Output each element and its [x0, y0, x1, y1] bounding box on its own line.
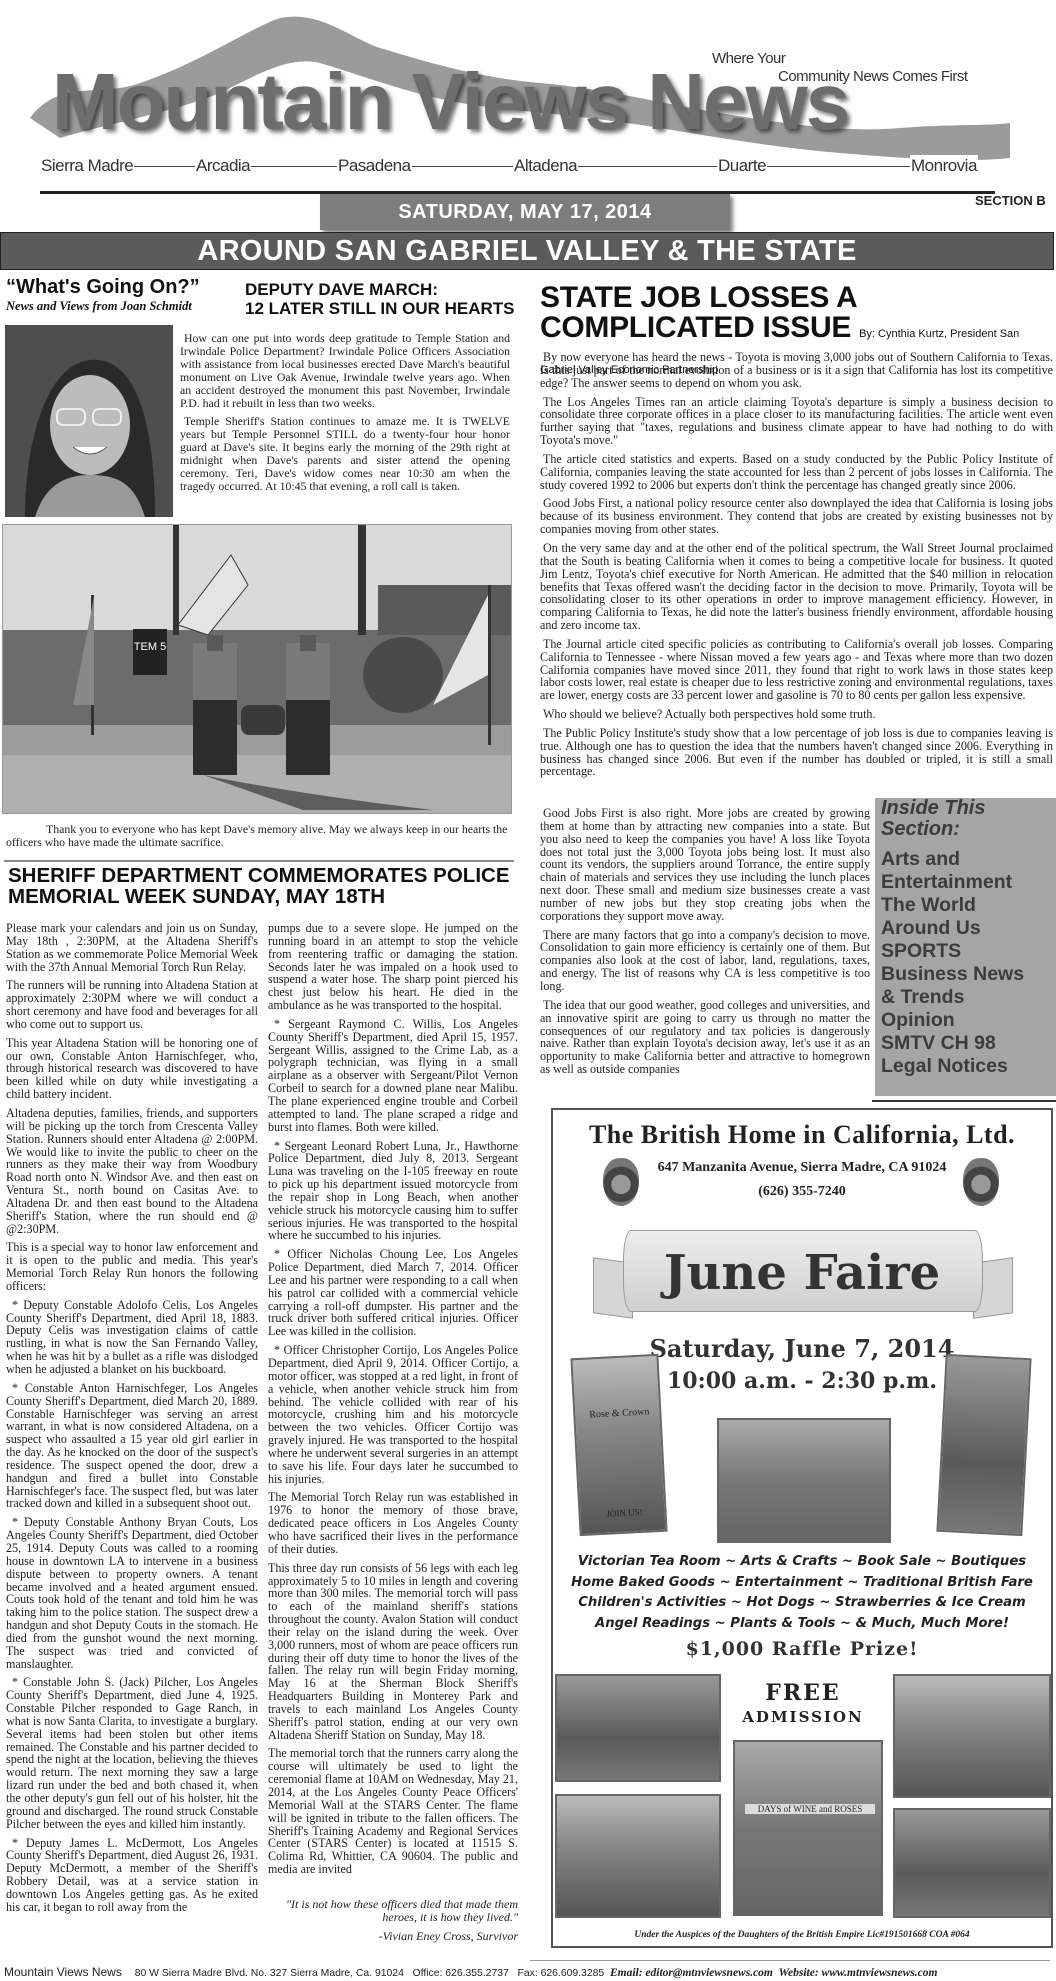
- city-list: Sierra Madre Arcadia Pasadena Altadena D…: [40, 155, 995, 177]
- section-item-smtv: SMTV CH 98: [881, 1032, 1050, 1055]
- memorial-scene-illustration: TEM 5: [3, 525, 512, 814]
- ad-organization: The British Home in California, Ltd.: [553, 1120, 1051, 1150]
- footer-fax: Fax: 626.609.3285: [518, 1968, 605, 1979]
- section-item-world: The World: [881, 894, 1050, 917]
- column-subheading: News and Views from Joan Schmidt: [6, 299, 192, 314]
- section-item-business: & Trends: [881, 986, 1050, 1009]
- article-headline: SHERIFF DEPARTMENT COMMEMORATES POLICE M…: [8, 865, 528, 907]
- raffle-prize: $1,000 Raffle Prize!: [553, 1638, 1051, 1660]
- paragraph: How can one put into words deep gratitud…: [180, 332, 510, 409]
- paragraph: Good Jobs First is also right. More jobs…: [540, 807, 870, 923]
- tagline: Community News Comes First: [778, 68, 968, 85]
- inside-this-section-box: Inside This Section: Arts and Entertainm…: [875, 798, 1056, 1096]
- attraction-line: Angel Readings ~ Plants & Tools ~ & Much…: [553, 1614, 1051, 1635]
- paragraph: On the very same day and at the other en…: [540, 542, 1053, 632]
- article-body: How can one put into words deep gratitud…: [180, 332, 510, 499]
- ad-photo-dancers: [717, 1418, 891, 1543]
- officer-entry: * Constable John S. (Jack) Pilcher, Los …: [6, 1676, 258, 1830]
- author-photo: [5, 325, 173, 517]
- issue-date: SATURDAY, MAY 17, 2014: [320, 194, 730, 230]
- ad-photo-wine-booth: DAYS of WINE and ROSES: [733, 1740, 883, 1916]
- city-label: Sierra Madre: [40, 155, 134, 177]
- officer-entry: * Sergeant Leonard Robert Luna, Jr., Haw…: [268, 1140, 518, 1243]
- officer-entry: * Officer Christopher Cortijo, Los Angel…: [268, 1344, 518, 1485]
- paragraph: pumps due to a severe slope. He jumped o…: [268, 922, 518, 1012]
- footer-brand: Mountain Views News: [4, 1965, 122, 1979]
- ad-footer: Under the Auspices of the Daughters of t…: [553, 1930, 1051, 1940]
- june-faire-advertisement: The British Home in California, Ltd. 647…: [551, 1108, 1053, 1948]
- paragraph: Who should we believe? Actually both per…: [540, 708, 1053, 721]
- attractions-list: Victorian Tea Room ~ Arts & Crafts ~ Boo…: [553, 1552, 1051, 1634]
- attraction-line: Victorian Tea Room ~ Arts & Crafts ~ Boo…: [553, 1552, 1051, 1573]
- section-item-opinion: Opinion: [881, 1009, 1050, 1032]
- portrait-illustration: [5, 325, 173, 517]
- heading-line: Inside This: [881, 798, 1050, 819]
- paragraph: This year Altadena Station will be honor…: [6, 1037, 258, 1101]
- photo-sign-text: JOIN US!: [590, 1506, 658, 1520]
- section-item-arts: Entertainment: [881, 871, 1050, 894]
- headline-text: STATE JOB LOSSES A COMPLICATED ISSUE: [540, 281, 856, 344]
- paragraph: This three day run consists of 56 legs w…: [268, 1562, 518, 1742]
- event-name: June Faire: [553, 1245, 1051, 1301]
- attraction-line: Children's Activities ~ Hot Dogs ~ Straw…: [553, 1593, 1051, 1614]
- divider: [4, 860, 514, 862]
- memorial-photo: TEM 5: [2, 524, 512, 814]
- photo-caption: Thank you to everyone who has kept Dave'…: [6, 823, 516, 849]
- divider: [872, 1100, 1056, 1102]
- officer-entry: * Deputy Constable Anthony Bryan Couts, …: [6, 1516, 258, 1670]
- admission-label: ADMISSION: [713, 1708, 893, 1726]
- section-item-legal: Legal Notices: [881, 1055, 1050, 1078]
- city-label: Monrovia: [910, 155, 978, 177]
- officer-entry: * Sergeant Raymond C. Willis, Los Angele…: [268, 1018, 518, 1134]
- footer-office-phone: Office: 626.355.2737: [413, 1968, 509, 1979]
- quote-attribution: -Vivian Eney Cross, Survivor: [268, 1930, 518, 1943]
- article-column: pumps due to a severe slope. He jumped o…: [268, 922, 518, 1943]
- officer-entry: * Officer Nicholas Choung Lee, Los Angel…: [268, 1248, 518, 1338]
- paragraph: By now everyone has heard the news - Toy…: [540, 351, 1053, 390]
- column-heading: “What's Going On?”: [6, 276, 200, 299]
- city-label: Duarte: [717, 155, 767, 177]
- footer-website[interactable]: Website: www.mtnviewsnews.com: [779, 1967, 938, 1979]
- article-column: Please mark your calendars and join us o…: [6, 922, 258, 1920]
- city-label: Pasadena: [337, 155, 412, 177]
- section-item-arts: Arts and: [881, 848, 1050, 871]
- paragraph: The Memorial Torch Relay run was establi…: [268, 1491, 518, 1555]
- officer-entry: * Constable Anton Harnischfeger, Los Ang…: [6, 1382, 258, 1510]
- paragraph: There are many factors that go into a co…: [540, 929, 870, 993]
- officer-entry: * Deputy James L. McDermott, Los Angeles…: [6, 1837, 258, 1914]
- masthead: Mountain Views News Where Your Community…: [0, 0, 1056, 232]
- divider: [530, 1960, 1050, 1961]
- paragraph: The article cited statistics and experts…: [540, 453, 1053, 492]
- city-label: Altadena: [513, 155, 578, 177]
- city-label: Arcadia: [195, 155, 251, 177]
- paragraph: The Los Angeles Times ran an article cla…: [540, 396, 1053, 447]
- officer-entry: * Deputy Constable Adolofo Celis, Los An…: [6, 1299, 258, 1376]
- ad-photo-dancers-kilts: [555, 1674, 721, 1782]
- section-item-sports: SPORTS: [881, 940, 1050, 963]
- section-label: SECTION B: [975, 193, 1046, 208]
- tagline: Where Your: [712, 50, 785, 67]
- section-banner: AROUND SAN GABRIEL VALLEY & THE STATE: [0, 232, 1054, 270]
- paragraph: Please mark your calendars and join us o…: [6, 922, 258, 973]
- ad-photo-sign: Rose & Crown JOIN US!: [570, 1354, 667, 1536]
- headline-line: 12 LATER STILL IN OUR HEARTS: [245, 299, 535, 318]
- headline-line: DEPUTY DAVE MARCH:: [245, 280, 535, 299]
- paragraph: The idea that our good weather, good col…: [540, 999, 870, 1076]
- ad-photo-garden-tent: [893, 1674, 1051, 1798]
- ad-photo-morris-dancers: [893, 1808, 1051, 1918]
- ad-photo-beefeater: [936, 1354, 1031, 1536]
- ad-phone: (626) 355-7240: [553, 1184, 1051, 1200]
- footer-address: 80 W Sierra Madre Blvd. No. 327 Sierra M…: [135, 1968, 404, 1979]
- page-footer: Mountain Views News 80 W Sierra Madre Bl…: [4, 1965, 1054, 1979]
- paragraph: This is a special way to honor law enfor…: [6, 1241, 258, 1292]
- paragraph: Altadena deputies, families, friends, an…: [6, 1107, 258, 1235]
- booth-sign-text: DAYS of WINE and ROSES: [745, 1804, 875, 1814]
- newspaper-title: Mountain Views News: [52, 62, 848, 142]
- paragraph: Good Jobs First, a national policy resou…: [540, 497, 1053, 536]
- ad-photo-tents: [555, 1794, 721, 1918]
- photo-sign-text: Rose & Crown: [585, 1406, 653, 1421]
- paragraph: The runners will be running into Altaden…: [6, 979, 258, 1030]
- pull-quote: "It is not how these officers died that …: [268, 1898, 518, 1924]
- paragraph: The memorial torch that the runners carr…: [268, 1747, 518, 1875]
- heading-line: Section:: [881, 819, 1050, 840]
- article-body: Good Jobs First is also right. More jobs…: [540, 807, 870, 1082]
- attraction-line: Home Baked Goods ~ Entertainment ~ Tradi…: [553, 1573, 1051, 1594]
- free-label: FREE: [723, 1680, 883, 1706]
- paragraph: The Public Policy Institute's study show…: [540, 727, 1053, 778]
- inside-heading: Inside This Section:: [881, 798, 1050, 840]
- paragraph: Temple Sheriff's Station continues to am…: [180, 415, 510, 492]
- photo-sign-text: TEM 5: [134, 641, 166, 653]
- article-headline: DEPUTY DAVE MARCH: 12 LATER STILL IN OUR…: [245, 280, 535, 318]
- article-body: By now everyone has heard the news - Toy…: [540, 351, 1053, 784]
- section-item-world: Around Us: [881, 917, 1050, 940]
- ad-address: 647 Manzanita Avenue, Sierra Madre, CA 9…: [553, 1160, 1051, 1176]
- section-item-business: Business News: [881, 963, 1050, 986]
- paragraph: The Journal article cited specific polic…: [540, 638, 1053, 702]
- footer-email[interactable]: Email: editor@mtnviewsnews.com: [610, 1967, 773, 1979]
